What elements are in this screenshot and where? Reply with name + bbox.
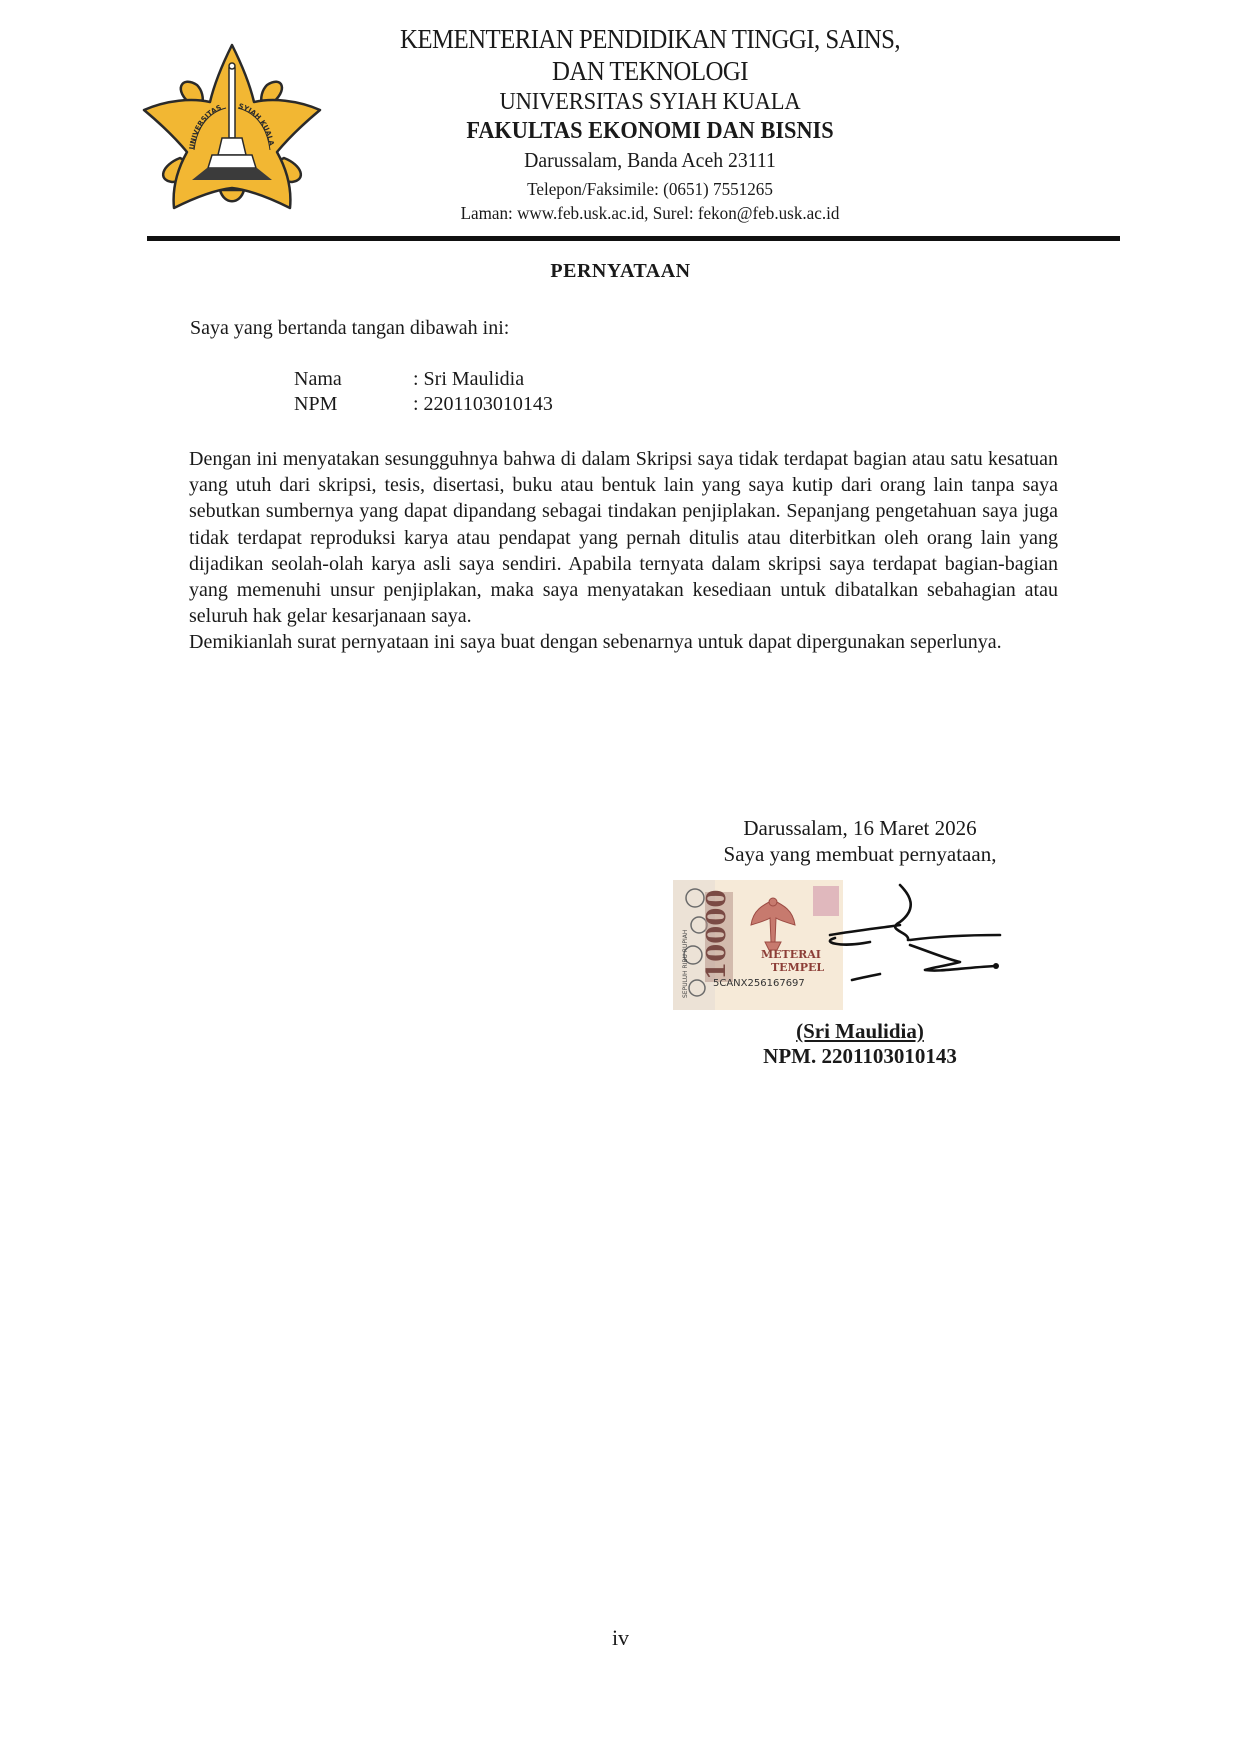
field-label-name: Nama	[294, 368, 342, 391]
ministry-name-line2: DAN TEKNOLOGI	[356, 58, 945, 85]
university-logo-icon: UNIVERSITAS SYIAH KUALA	[142, 40, 322, 210]
signer-name-text: (Sri Maulidia)	[796, 1019, 924, 1043]
phone-fax: Telepon/Faksimile: (0651) 7551265	[346, 180, 954, 198]
signer-npm: NPM. 2201103010143	[640, 1044, 1080, 1069]
svg-text:SEPULUH RIBU RUPIAH: SEPULUH RIBU RUPIAH	[682, 930, 689, 998]
ministry-name-line1: KEMENTERIAN PENDIDIKAN TINGGI, SAINS,	[356, 26, 945, 53]
page-number: iv	[0, 1625, 1241, 1651]
intro-text: Saya yang bertanda tangan dibawah ini:	[190, 317, 509, 340]
handwritten-signature-icon	[760, 880, 1020, 995]
statement-paragraph: Dengan ini menyatakan sesungguhnya bahwa…	[189, 446, 1058, 629]
closing-paragraph: Demikianlah surat pernyataan ini saya bu…	[189, 629, 1058, 655]
field-value-npm: : 2201103010143	[413, 393, 553, 416]
statement-body: Dengan ini menyatakan sesungguhnya bahwa…	[189, 446, 1058, 656]
signer-role: Saya yang membuat pernyataan,	[640, 842, 1080, 867]
letterhead-divider	[147, 236, 1120, 241]
svg-text:10000: 10000	[702, 890, 732, 980]
document-title: PERNYATAAN	[0, 260, 1241, 283]
faculty-name: FAKULTAS EKONOMI DAN BISNIS	[352, 119, 947, 143]
website-email: Laman: www.feb.usk.ac.id, Surel: fekon@f…	[346, 204, 954, 222]
signer-name: (Sri Maulidia)	[640, 1019, 1080, 1044]
field-label-npm: NPM	[294, 393, 337, 416]
field-value-name: : Sri Maulidia	[413, 368, 524, 391]
place-date: Darussalam, 16 Maret 2026	[640, 816, 1080, 841]
address: Darussalam, Banda Aceh 23111	[349, 150, 951, 171]
university-name: UNIVERSITAS SYIAH KUALA	[349, 90, 951, 114]
